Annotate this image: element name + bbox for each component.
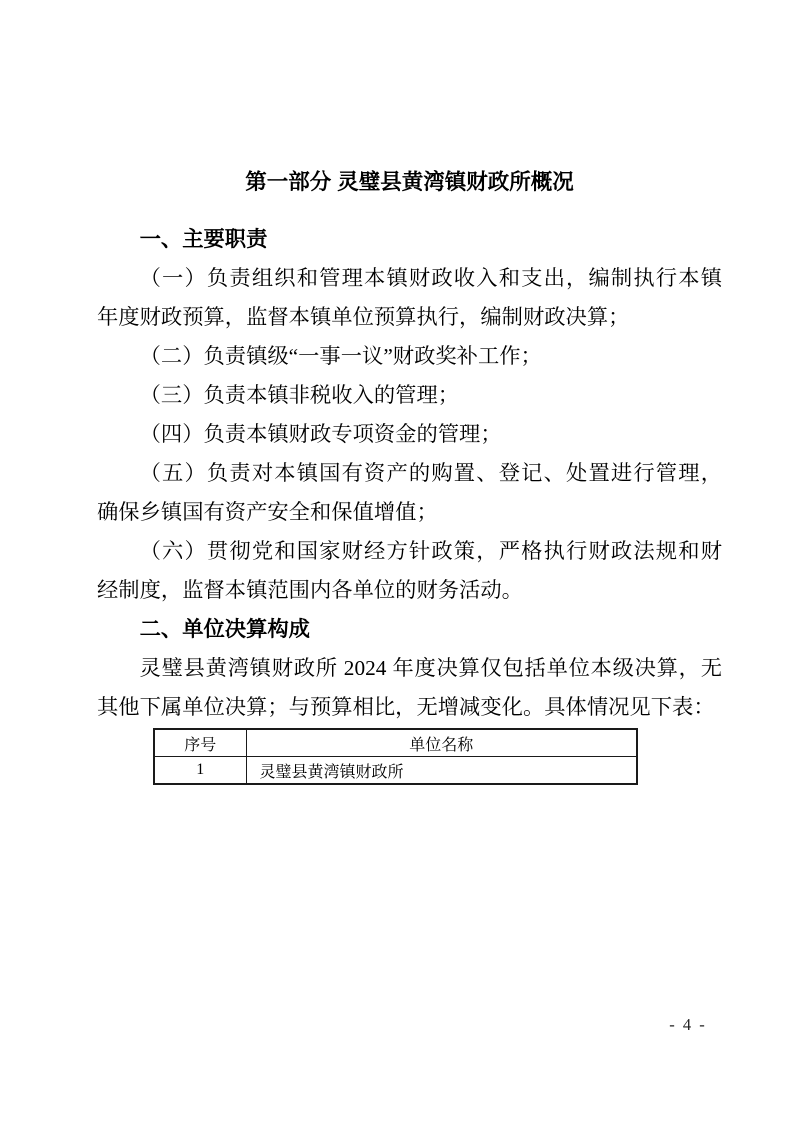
section-heading: 一、主要职责 [97, 220, 722, 259]
paragraph: （六）贯彻党和国家财经方针政策，严格执行财政法规和财经制度，监督本镇范围内各单位… [97, 532, 722, 610]
table-header-seq: 序号 [154, 729, 246, 757]
body-line: （一）负责组织和管理本镇财政收入和支出，编制执行本镇 [97, 259, 722, 298]
page-number: - 4 - [638, 1015, 738, 1035]
body-line: 经制度，监督本镇范围内各单位的财务活动。 [97, 571, 722, 610]
body-line: （六）贯彻党和国家财经方针政策，严格执行财政法规和财 [97, 532, 722, 571]
paragraph: （四）负责本镇财政专项资金的管理； [97, 415, 722, 454]
body-line: 灵璧县黄湾镇财政所 2024 年度决算仅包括单位本级决算，无 [97, 649, 722, 688]
body-line: （四）负责本镇财政专项资金的管理； [97, 415, 722, 454]
table-body: 1灵璧县黄湾镇财政所 [154, 757, 637, 785]
body-line: （二）负责镇级“一事一议”财政奖补工作； [97, 337, 722, 376]
document-body: 一、主要职责（一）负责组织和管理本镇财政收入和支出，编制执行本镇年度财政预算，监… [97, 220, 722, 727]
paragraph: 灵璧县黄湾镇财政所 2024 年度决算仅包括单位本级决算，无其他下属单位决算；与… [97, 649, 722, 727]
body-line: 确保乡镇国有资产安全和保值增值； [97, 493, 722, 532]
table-header-row: 序号 单位名称 [154, 729, 637, 757]
section-heading: 二、单位决算构成 [97, 610, 722, 649]
cell-seq: 1 [154, 757, 246, 785]
unit-table: 序号 单位名称 1灵璧县黄湾镇财政所 [153, 728, 638, 785]
table-header-unit-name: 单位名称 [246, 729, 637, 757]
paragraph: （五）负责对本镇国有资产的购置、登记、处置进行管理，确保乡镇国有资产安全和保值增… [97, 454, 722, 532]
body-line: （五）负责对本镇国有资产的购置、登记、处置进行管理， [97, 454, 722, 493]
body-line: 年度财政预算，监督本镇单位预算执行，编制财政决算； [97, 298, 722, 337]
paragraph: （三）负责本镇非税收入的管理； [97, 376, 722, 415]
body-line: （三）负责本镇非税收入的管理； [97, 376, 722, 415]
table-row: 1灵璧县黄湾镇财政所 [154, 757, 637, 785]
body-line: 其他下属单位决算；与预算相比，无增减变化。具体情况见下表： [97, 688, 722, 727]
page-title: 第一部分 灵璧县黄湾镇财政所概况 [97, 167, 722, 198]
paragraph: （一）负责组织和管理本镇财政收入和支出，编制执行本镇年度财政预算，监督本镇单位预… [97, 259, 722, 337]
cell-unit-name: 灵璧县黄湾镇财政所 [246, 757, 637, 785]
paragraph: （二）负责镇级“一事一议”财政奖补工作； [97, 337, 722, 376]
document-page: 第一部分 灵璧县黄湾镇财政所概况 一、主要职责（一）负责组织和管理本镇财政收入和… [0, 0, 793, 1122]
